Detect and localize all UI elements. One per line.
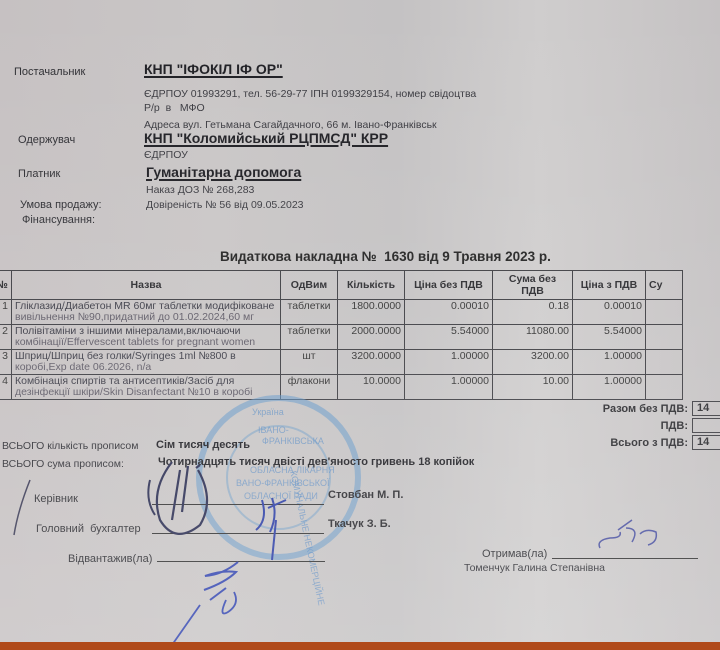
invoice-document: Постачальник КНП "ІФОКІЛ ІФ ОР" ЄДРПОУ 0… <box>0 0 720 642</box>
head-signature <box>157 462 207 534</box>
shipper-signature <box>204 562 238 600</box>
margin-mark <box>14 480 30 535</box>
handwritten-signatures <box>0 0 720 642</box>
recipient-signature <box>599 520 656 548</box>
accountant-signature <box>256 498 286 560</box>
